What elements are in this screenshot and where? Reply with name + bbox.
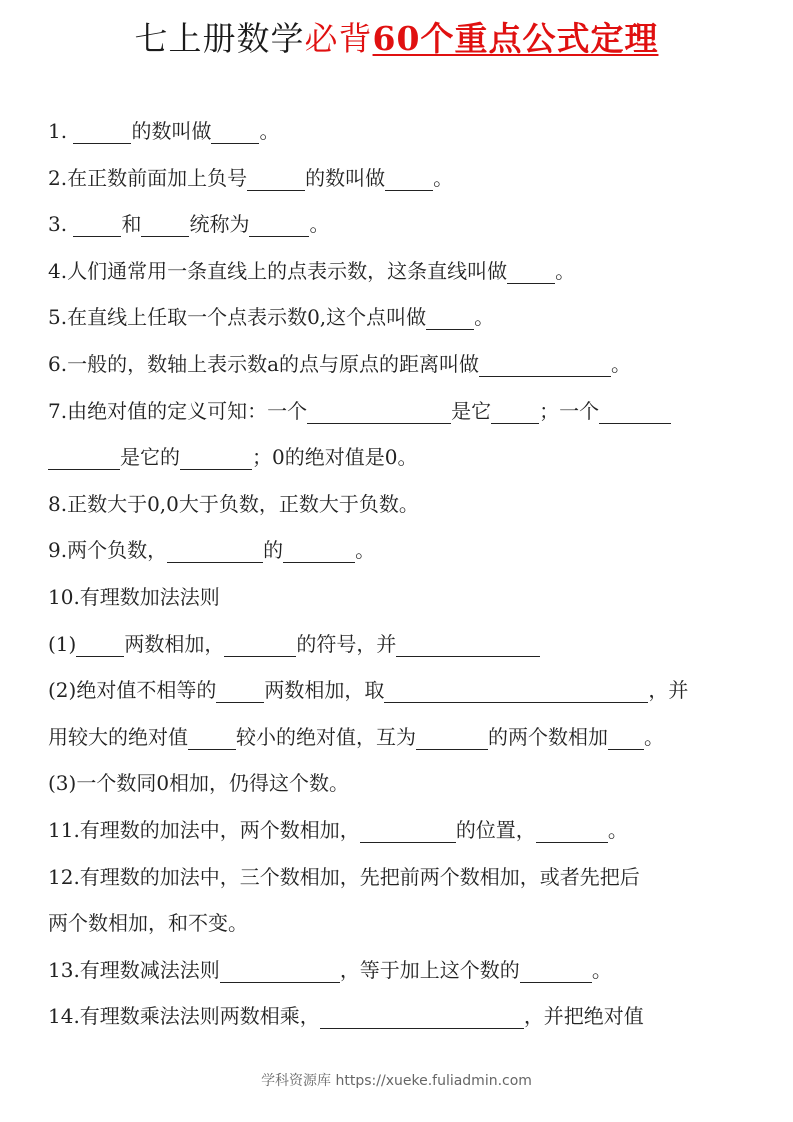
line-text: 12.有理数的加法中，三个数相加，先把前两个数相加，或者先把后 [48, 865, 640, 889]
formula-line: (1)两数相加，的符号，并 [48, 621, 748, 668]
formula-line: 两个数相加，和不变。 [48, 900, 748, 947]
fill-in-blank [479, 352, 611, 377]
line-text: 。 [355, 538, 375, 562]
formula-line: 是它的；0的绝对值是0。 [48, 434, 748, 481]
formula-line: 12.有理数的加法中，三个数相加，先把前两个数相加，或者先把后 [48, 854, 748, 901]
line-text: 。 [555, 259, 575, 283]
line-text: 。 [309, 212, 329, 236]
line-text: 和 [121, 212, 141, 236]
line-text: 7.由绝对值的定义可知：一个 [48, 399, 307, 423]
line-text: 。 [611, 352, 631, 376]
formula-line: 9.两个负数，的。 [48, 527, 748, 574]
fill-in-blank [384, 678, 648, 703]
line-text: 用较大的绝对值 [48, 725, 188, 749]
line-text: (1) [48, 632, 76, 656]
fill-in-blank [73, 212, 121, 237]
line-text: (2)绝对值不相等的 [48, 678, 216, 702]
line-text: ；一个 [539, 399, 599, 423]
formula-line: 6.一般的，数轴上表示数a的点与原点的距离叫做。 [48, 341, 748, 388]
fill-in-blank [520, 958, 592, 983]
fill-in-blank [307, 399, 451, 424]
fill-in-blank [249, 212, 309, 237]
formula-line: 4.人们通常用一条直线上的点表示数，这条直线叫做。 [48, 248, 748, 295]
formula-line: 8.正数大于0,0大于负数，正数大于负数。 [48, 481, 748, 528]
line-text: 是它 [451, 399, 491, 423]
line-text: 9.两个负数， [48, 538, 167, 562]
line-text: ，并把绝对值 [524, 1004, 644, 1028]
line-text: 的符号，并 [296, 632, 396, 656]
line-text: 5.在直线上任取一个点表示数0,这个点叫做 [48, 305, 426, 329]
line-text: ，等于加上这个数的 [340, 958, 520, 982]
line-text: 两数相加，取 [264, 678, 384, 702]
line-text: ，并 [648, 678, 688, 702]
formula-line: 7.由绝对值的定义可知：一个是它；一个 [48, 388, 748, 435]
fill-in-blank [48, 445, 120, 470]
fill-in-blank [188, 725, 236, 750]
line-text: 13.有理数减法法则 [48, 958, 220, 982]
formula-line: 13.有理数减法法则，等于加上这个数的。 [48, 947, 748, 994]
line-text: 的数叫做 [131, 119, 211, 143]
line-text: 两个数相加，和不变。 [48, 911, 248, 935]
fill-in-blank [283, 538, 355, 563]
formula-line: 3. 和统称为。 [48, 201, 748, 248]
fill-in-blank [426, 305, 474, 330]
line-text: 两数相加， [124, 632, 224, 656]
formula-line: 2.在正数前面加上负号的数叫做。 [48, 155, 748, 202]
line-text: 6.一般的，数轴上表示数a的点与原点的距离叫做 [48, 352, 479, 376]
line-text: 。 [644, 725, 664, 749]
fill-in-blank [76, 632, 124, 657]
formula-line: (2)绝对值不相等的两数相加，取，并 [48, 667, 748, 714]
line-text: 3. [48, 212, 73, 236]
line-text: 。 [259, 119, 279, 143]
document-title: 七上册数学必背60个重点公式定理 [0, 14, 793, 64]
line-text: 。 [592, 958, 612, 982]
line-text: ；0的绝对值是0。 [252, 445, 417, 469]
line-text: 8.正数大于0,0大于负数，正数大于负数。 [48, 492, 419, 516]
title-red-bold-underlined-part: 60个重点公式定理 [373, 19, 659, 58]
line-text: 的数叫做 [305, 166, 385, 190]
formula-line: 用较大的绝对值较小的绝对值，互为的两个数相加。 [48, 714, 748, 761]
line-text: 的两个数相加 [488, 725, 608, 749]
line-text: (3)一个数同0相加，仍得这个数。 [48, 771, 349, 795]
formula-line: 1. 的数叫做。 [48, 108, 748, 155]
line-text: 较小的绝对值，互为 [236, 725, 416, 749]
fill-in-blank [385, 166, 433, 191]
line-text: 10.有理数加法法则 [48, 585, 220, 609]
formula-line: 10.有理数加法法则 [48, 574, 748, 621]
line-text: 14.有理数乘法法则两数相乘， [48, 1004, 320, 1028]
line-text: 。 [608, 818, 628, 842]
line-text: 。 [474, 305, 494, 329]
fill-in-blank [73, 119, 131, 144]
fill-in-blank [416, 725, 488, 750]
title-black-part: 七上册数学 [135, 19, 305, 58]
fill-in-blank [599, 399, 671, 424]
fill-in-blank [216, 678, 264, 703]
line-text: 2.在正数前面加上负号 [48, 166, 247, 190]
line-text: 4.人们通常用一条直线上的点表示数，这条直线叫做 [48, 259, 507, 283]
fill-in-blank [536, 818, 608, 843]
formula-line: 5.在直线上任取一个点表示数0,这个点叫做。 [48, 294, 748, 341]
fill-in-blank [320, 1004, 524, 1029]
fill-in-blank [491, 399, 539, 424]
fill-in-blank [608, 725, 644, 750]
formula-line: 14.有理数乘法法则两数相乘，，并把绝对值 [48, 993, 748, 1040]
fill-in-blank [360, 818, 456, 843]
title-red-part: 必背 [305, 19, 373, 58]
fill-in-blank [396, 632, 540, 657]
line-text: 11.有理数的加法中，两个数相加， [48, 818, 360, 842]
fill-in-blank [180, 445, 252, 470]
fill-in-blank [507, 259, 555, 284]
line-text: 统称为 [189, 212, 249, 236]
formula-line: (3)一个数同0相加，仍得这个数。 [48, 760, 748, 807]
fill-in-blank [247, 166, 305, 191]
fill-in-blank [220, 958, 340, 983]
fill-in-blank [224, 632, 296, 657]
fill-in-blank [211, 119, 259, 144]
fill-in-blank [167, 538, 263, 563]
formula-list: 1. 的数叫做。2.在正数前面加上负号的数叫做。3. 和统称为。4.人们通常用一… [48, 108, 748, 1040]
line-text: 的 [263, 538, 283, 562]
line-text: 1. [48, 119, 73, 143]
line-text: 的位置， [456, 818, 536, 842]
fill-in-blank [141, 212, 189, 237]
formula-line: 11.有理数的加法中，两个数相加，的位置，。 [48, 807, 748, 854]
footer-source: 学科资源库 https://xueke.fuliadmin.com [0, 1070, 793, 1090]
line-text: 。 [433, 166, 453, 190]
line-text: 是它的 [120, 445, 180, 469]
